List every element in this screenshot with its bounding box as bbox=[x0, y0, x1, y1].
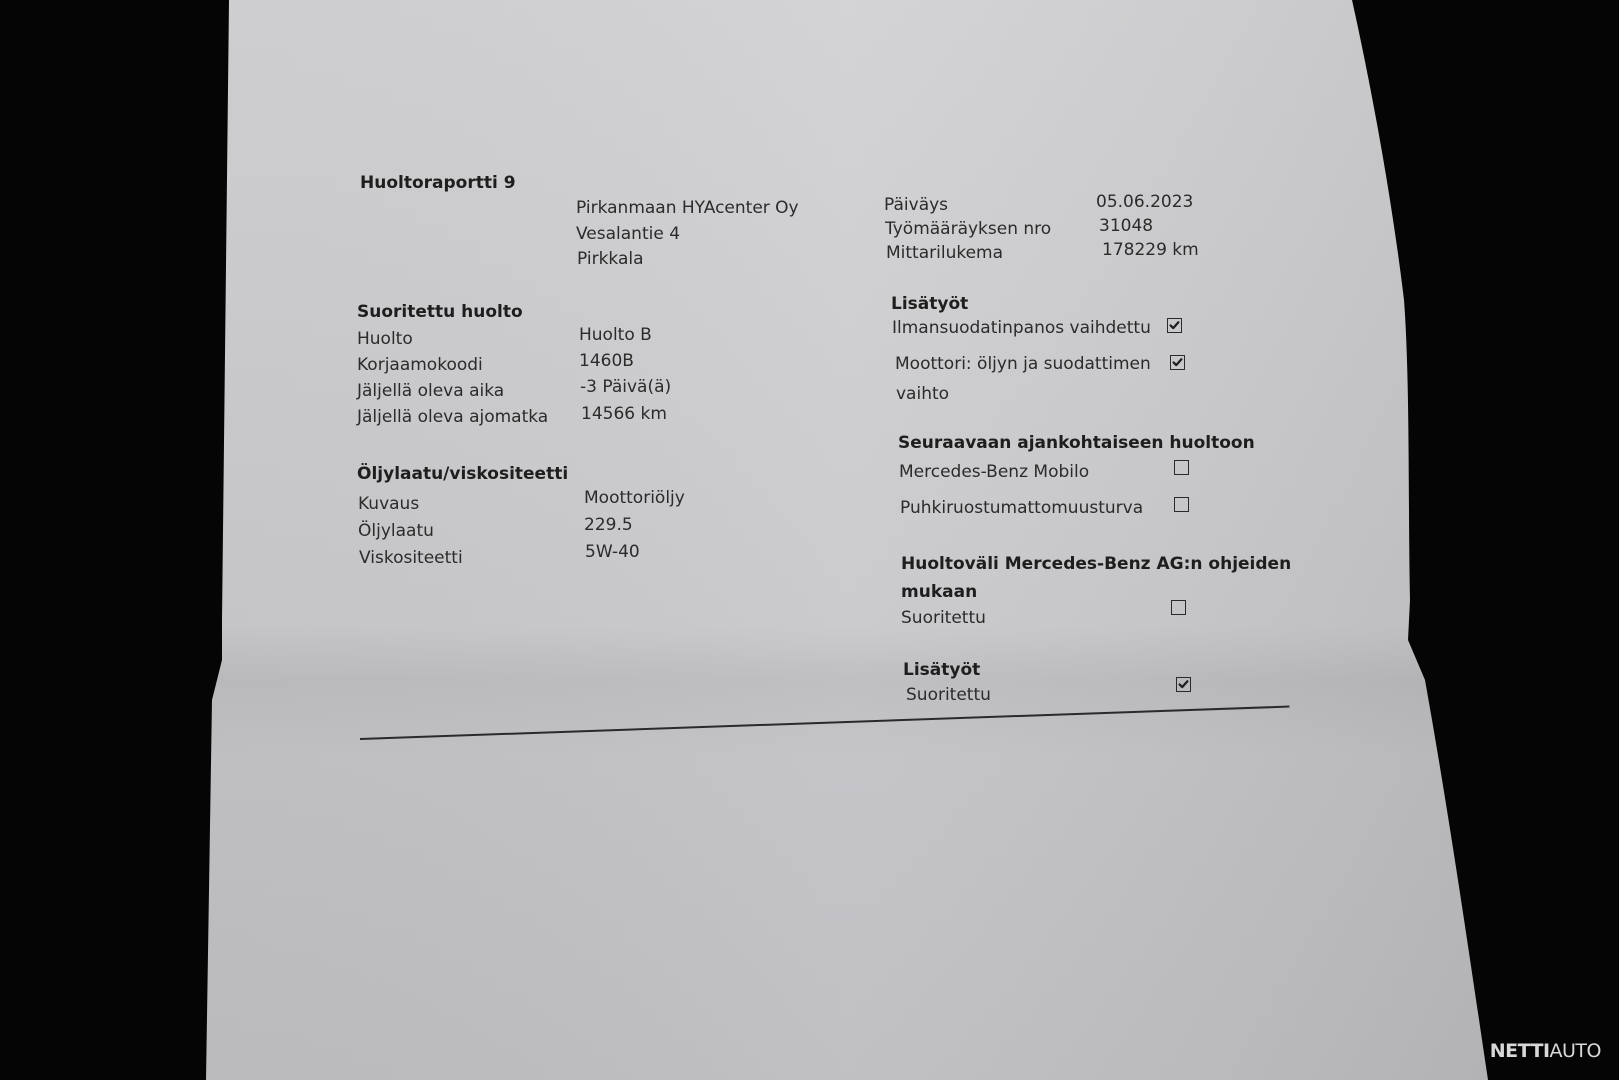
dealer-name: Pirkanmaan HYAcenter Oy bbox=[576, 200, 799, 217]
checkmark-icon bbox=[1168, 319, 1181, 332]
interval-heading-line2: mukaan bbox=[901, 584, 977, 601]
oil-description-value: Moottoriöljy bbox=[584, 490, 685, 507]
extra-work-done-checkbox[interactable] bbox=[1176, 677, 1191, 692]
extra-work-heading: Lisätyöt bbox=[891, 296, 968, 313]
dealer-city: Pirkkala bbox=[577, 251, 644, 268]
odometer-label: Mittarilukema bbox=[886, 245, 1003, 262]
date-label: Päiväys bbox=[884, 197, 948, 214]
date-value: 05.06.2023 bbox=[1096, 194, 1193, 211]
oil-change-checkbox[interactable] bbox=[1170, 355, 1185, 370]
service-value: Huolto B bbox=[579, 327, 652, 344]
time-remaining-value: -3 Päivä(ä) bbox=[580, 379, 671, 396]
interval-done-checkbox[interactable] bbox=[1171, 600, 1186, 615]
workshop-code-value: 1460B bbox=[579, 353, 634, 370]
viscosity-value: 5W-40 bbox=[585, 544, 640, 561]
interval-heading-line1: Huoltoväli Mercedes-Benz AG:n ohjeiden bbox=[901, 556, 1291, 573]
next-service-heading: Seuraavaan ajankohtaiseen huoltoon bbox=[898, 435, 1255, 452]
nettiauto-watermark: NETTIAUTO bbox=[1490, 1040, 1601, 1062]
mobilo-checkbox[interactable] bbox=[1174, 460, 1189, 475]
viscosity-label: Viskositeetti bbox=[359, 550, 463, 567]
checkmark-icon bbox=[1171, 356, 1184, 369]
distance-remaining-label: Jäljellä oleva ajomatka bbox=[357, 409, 548, 426]
oil-grade-value: 229.5 bbox=[584, 517, 633, 534]
watermark-light: AUTO bbox=[1550, 1040, 1601, 1062]
odometer-value: 178229 km bbox=[1102, 242, 1199, 259]
oil-grade-label: Öljylaatu bbox=[358, 523, 434, 540]
oil-change-label-line2: vaihto bbox=[896, 386, 949, 403]
oil-heading: Öljylaatu/viskositeetti bbox=[357, 466, 568, 483]
air-filter-checkbox[interactable] bbox=[1167, 318, 1182, 333]
oil-description-label: Kuvaus bbox=[358, 496, 419, 513]
workshop-code-label: Korjaamokoodi bbox=[357, 357, 483, 374]
interval-done-label: Suoritettu bbox=[901, 610, 986, 627]
service-done-heading: Suoritettu huolto bbox=[357, 304, 523, 321]
air-filter-label: Ilmansuodatinpanos vaihdettu bbox=[892, 320, 1151, 337]
paper-sheet bbox=[0, 0, 1619, 1080]
checkmark-icon bbox=[1177, 678, 1190, 691]
work-order-label: Työmääräyksen nro bbox=[885, 221, 1051, 238]
service-label: Huolto bbox=[357, 331, 413, 348]
watermark-bold: NETTI bbox=[1490, 1040, 1550, 1062]
report-title: Huoltoraportti 9 bbox=[360, 175, 516, 192]
oil-change-label-line1: Moottori: öljyn ja suodattimen bbox=[895, 356, 1151, 373]
mobilo-label: Mercedes-Benz Mobilo bbox=[899, 464, 1089, 481]
rust-warranty-label: Puhkiruostumattomuusturva bbox=[900, 500, 1143, 517]
dealer-street: Vesalantie 4 bbox=[576, 226, 680, 243]
rust-warranty-checkbox[interactable] bbox=[1174, 497, 1189, 512]
extra-work-done-heading: Lisätyöt bbox=[903, 662, 980, 679]
work-order-value: 31048 bbox=[1099, 218, 1153, 235]
time-remaining-label: Jäljellä oleva aika bbox=[357, 383, 504, 400]
extra-work-done-label: Suoritettu bbox=[906, 687, 991, 704]
distance-remaining-value: 14566 km bbox=[581, 406, 667, 423]
